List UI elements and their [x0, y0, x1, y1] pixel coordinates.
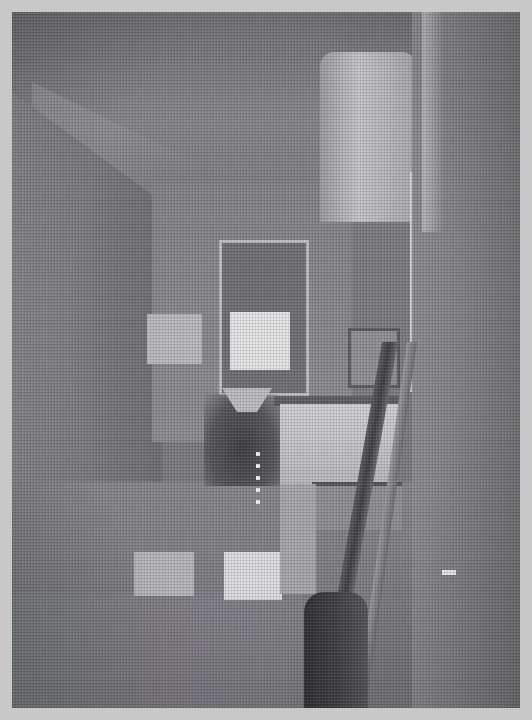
tall-appliance	[320, 52, 416, 222]
right-wall-highlight	[422, 12, 442, 232]
cabinet	[280, 484, 316, 594]
side-window	[147, 314, 202, 364]
floor-reflection	[134, 552, 194, 596]
light-dots	[256, 452, 260, 512]
railing-fixture	[442, 570, 456, 575]
lit-window	[230, 312, 290, 370]
foreground-post	[304, 592, 368, 708]
floor-reflection	[224, 552, 282, 600]
hallway-photo	[12, 12, 520, 708]
floor-color-tint	[12, 592, 302, 708]
